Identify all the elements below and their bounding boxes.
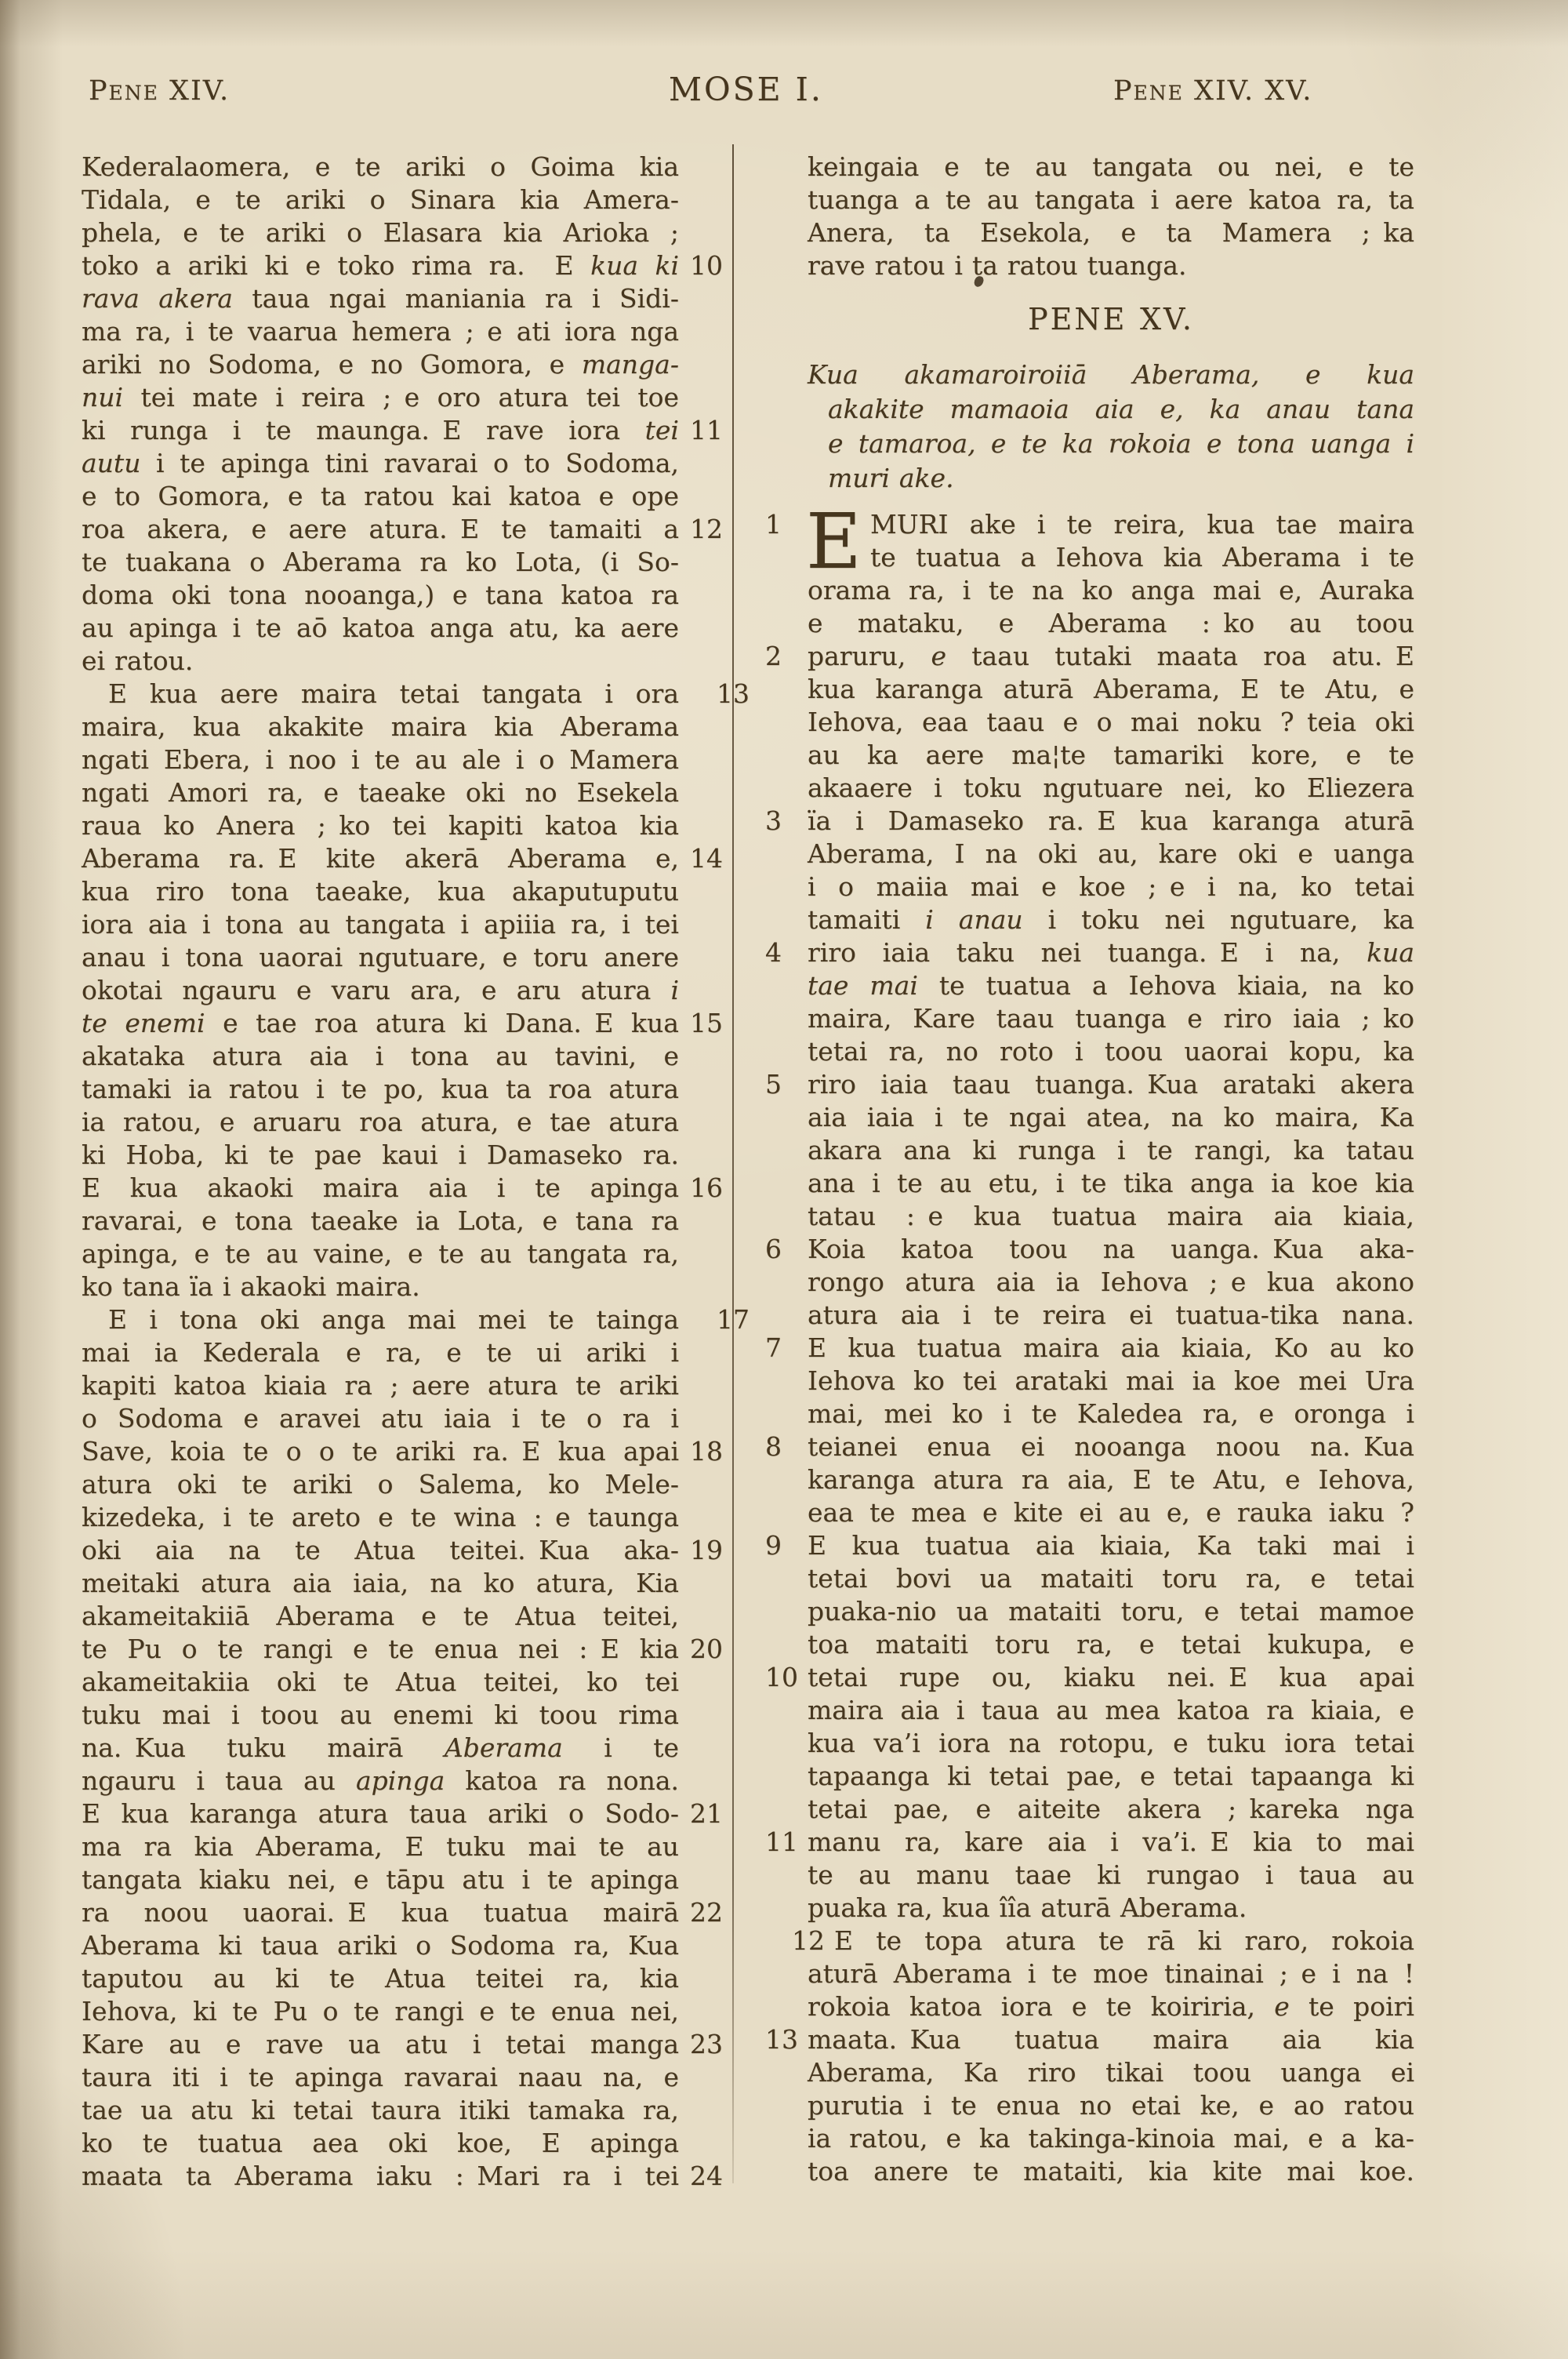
text-line: tapaanga ki tetai pae, e tetai tapaanga … — [808, 1760, 1414, 1793]
text-line-content: akara ana ki runga i te rangi, ka tatau — [808, 1135, 1414, 1165]
text-line-content: Kare au e rave ua atu i tetai manga — [82, 2029, 679, 2059]
text-line-content: orama ra, i te na ko anga mai e, Auraka — [808, 575, 1414, 605]
verse-number: 19 — [690, 1534, 737, 1567]
text-line: paruru, e taau tutaki maata roa atu. E2 — [808, 640, 1414, 673]
text-line: ki runga i te maunga. E rave iora tei11 — [82, 414, 679, 447]
text-line-content: E kua karanga atura taua ariki o Sodo- — [82, 1798, 679, 1829]
text-line-content: aturā Aberama i te moe tinainai ; e i na… — [808, 1958, 1414, 1989]
text-line: akataka atura aia i tona au tavini, e — [82, 1040, 679, 1073]
text-line: ko tana ïa i akaoki maira. — [82, 1270, 679, 1303]
verse-number: 13 — [690, 678, 737, 711]
text-line: akameitakiia oki te Atua teitei, ko tei — [82, 1666, 679, 1699]
text-line: toko a ariki ki e toko rima ra. E kua ki… — [82, 249, 679, 282]
text-line: maira, Kare taau tuanga e riro iaia ; ko — [808, 1002, 1414, 1035]
text-line: te tuakana o Aberama ra ko Lota, (i So- — [82, 546, 679, 579]
text-line-content: toa anere te mataiti, kia kite mai koe. — [808, 2156, 1414, 2186]
book-page: Pene XIV. MOSE I. Pene XIV. XV. Kederala… — [0, 0, 1568, 2359]
text-line: roa akera, e aere atura. E te tamaiti a1… — [82, 513, 679, 546]
text-line-content: akataka atura aia i tona au tavini, e — [82, 1041, 679, 1071]
text-line-content: tamaiti i anau i toku nei ngutuare, ka — [808, 904, 1414, 935]
text-line-content: nui tei mate i reira ; e oro atura tei t… — [82, 382, 679, 413]
text-line: Aberama, Ka riro tikai toou uanga ei — [808, 2056, 1414, 2089]
text-line-content: riro iaia taau tuanga. Kua arataki akera — [808, 1069, 1414, 1100]
text-line-content: e to Gomora, e ta ratou kai katoa e ope — [82, 481, 679, 511]
text-line: E kua tuatua aia kiaia, Ka taki mai i9 — [808, 1529, 1414, 1562]
text-line: apinga, e te au vaine, e te au tangata r… — [82, 1238, 679, 1270]
verse-number: 18 — [690, 1435, 737, 1468]
text-line: rava akera taua ngai maniania ra i Sidi- — [82, 282, 679, 315]
verse-number: 20 — [690, 1633, 737, 1666]
text-line: rongo atura aia ia Iehova ; e kua akono — [808, 1266, 1414, 1299]
text-line: e mataku, e Aberama : ko au toou — [808, 607, 1414, 640]
verse-number: 10 — [690, 249, 737, 282]
text-line: mai ia Kederala e ra, e te ui ariki i — [82, 1336, 679, 1369]
text-line: puaka-nio ua mataiti toru, e tetai mamoe — [808, 1595, 1414, 1628]
text-line-content: Tidala, e te ariki o Sinara kia Amera- — [82, 184, 679, 215]
text-line: atura aia i te reira ei tuatua-tika nana… — [808, 1299, 1414, 1332]
text-line: Tidala, e te ariki o Sinara kia Amera- — [82, 184, 679, 216]
text-line-content: ma ra, i te vaarua hemera ; e ati iora n… — [82, 316, 679, 347]
verse-number: 24 — [690, 2160, 737, 2193]
text-line: akakite mamaoia aia e, ka anau tana — [808, 392, 1414, 427]
verse-number: 12 — [690, 513, 737, 546]
text-line-content: tuku mai i toou au enemi ki toou rima — [82, 1699, 679, 1730]
text-line: E kua karanga atura taua ariki o Sodo-21 — [82, 1797, 679, 1830]
text-line: tamaki ia ratou i te po, kua ta roa atur… — [82, 1073, 679, 1106]
text-line: i o maiia mai e koe ; e i na, ko tetai — [808, 871, 1414, 903]
text-line-content: Kua akamaroiroiiā Aberama, e kua — [808, 359, 1414, 390]
text-line: e tamaroa, e te ka rokoia e tona uanga i — [808, 427, 1414, 461]
text-line-content: karanga atura ra aia, E te Atu, e Iehova… — [808, 1464, 1414, 1495]
text-line: au ka aere ma¦te tamariki kore, e te — [808, 739, 1414, 772]
text-line-content: rokoia katoa iora e te koiriria, e te po… — [808, 1991, 1414, 2022]
text-line-content: kua riro tona taeake, kua akaputuputu — [82, 876, 679, 907]
text-line: taputou au ki te Atua teitei ra, kia — [82, 1962, 679, 1995]
text-line: E te topa atura te rā ki raro, rokoia12 — [808, 1925, 1414, 1957]
text-line-content: eaa te mea e kite ei au e, e rauka iaku … — [808, 1497, 1414, 1528]
verse-number: 16 — [690, 1172, 737, 1205]
verse-number: 15 — [690, 1007, 737, 1040]
text-line: ngati Amori ra, e taeake oki no Esekela — [82, 776, 679, 809]
text-line-content: akakite mamaoia aia e, ka anau tana — [828, 394, 1414, 424]
text-line: na. Kua tuku mairā Aberama i te — [82, 1732, 679, 1765]
chapter-heading: PENE XV. — [808, 301, 1414, 337]
text-line-content: Save, koia te o o te ariki ra. E kua apa… — [82, 1436, 679, 1467]
verse-number: 10 — [765, 1661, 812, 1694]
verse-number: 7 — [765, 1332, 812, 1365]
text-line-content: taura iti i te apinga ravarai naau na, e — [82, 2062, 679, 2092]
text-line-content: teianei enua ei nooanga noou na. Kua — [808, 1431, 1414, 1462]
text-line: Aberama ki taua ariki o Sodoma ra, Kua — [82, 1929, 679, 1962]
verse-number: 6 — [765, 1233, 812, 1266]
text-line-content: MURI ake i te reira, kua tae maira — [870, 509, 1414, 540]
text-line: purutia i te enua no etai ke, e ao ratou — [808, 2089, 1414, 2122]
text-line: E i tona oki anga mai mei te tainga17 — [82, 1303, 679, 1336]
text-line-content: te au manu taae ki rungao i taua au — [808, 1859, 1414, 1890]
text-line: maata. Kua tuatua maira aia kia13 — [808, 2023, 1414, 2056]
text-line-content: Anera, ta Esekola, e ta Mamera ; ka — [808, 217, 1414, 248]
text-line-content: apinga, e te au vaine, e te au tangata r… — [82, 1238, 679, 1269]
text-line-content: maira aia i taua au mea katoa ra kiaia, … — [808, 1695, 1414, 1725]
text-line-content: tamaki ia ratou i te po, kua ta roa atur… — [82, 1074, 679, 1104]
text-line-content: doma oki tona nooanga,) e tana katoa ra — [82, 580, 679, 610]
text-line-content: kizedeka, i te areto e te wina : e taung… — [82, 1502, 679, 1532]
verse-number: 21 — [690, 1797, 737, 1830]
text-line: tae ua atu ki tetai taura itiki tamaka r… — [82, 2094, 679, 2127]
text-line-content: rongo atura aia ia Iehova ; e kua akono — [808, 1267, 1414, 1297]
verse-number: 8 — [765, 1430, 812, 1463]
text-line: Kare au e rave ua atu i tetai manga23 — [82, 2028, 679, 2061]
text-line: eaa te mea e kite ei au e, e rauka iaku … — [808, 1496, 1414, 1529]
text-line: Aberama ra. E kite akerā Aberama e,14 — [82, 842, 679, 875]
text-line: kua riro tona taeake, kua akaputuputu — [82, 875, 679, 908]
text-line: te au manu taae ki rungao i taua au — [808, 1859, 1414, 1892]
text-line-content: Iehova ko tei arataki mai ia koe mei Ura — [808, 1365, 1414, 1396]
text-line: Aberama, I na oki au, kare oki e uanga — [808, 838, 1414, 871]
text-line: doma oki tona nooanga,) e tana katoa ra — [82, 579, 679, 612]
text-line: E kua tuatua maira aia kiaia, Ko au ko7 — [808, 1332, 1414, 1365]
text-line-content: tetai pae, e aiteite akera ; kareka nga — [808, 1794, 1414, 1824]
text-line-content: tae ua atu ki tetai taura itiki tamaka r… — [82, 2095, 679, 2125]
text-line: anau i tona uaorai ngutuare, e toru aner… — [82, 941, 679, 974]
text-line: ra noou uaorai. E kua tuatua mairā22 — [82, 1896, 679, 1929]
text-line: autu i te apinga tini ravarai o to Sodom… — [82, 447, 679, 480]
running-head-center: MOSE I. — [669, 71, 823, 108]
text-line: raua ko Anera ; ko tei kapiti katoa kia — [82, 809, 679, 842]
text-line: o Sodoma e aravei atu iaia i te o ra i — [82, 1402, 679, 1435]
text-line: ariki no Sodoma, e no Gomora, e manga- — [82, 348, 679, 381]
text-line: muri ake. — [808, 461, 1414, 496]
drop-cap-letter: E — [806, 510, 862, 574]
text-line-content: puaka-nio ua mataiti toru, e tetai mamoe — [808, 1596, 1414, 1627]
text-line-content: oki aia na te Atua teitei. Kua aka- — [82, 1535, 679, 1565]
text-line-content: E i tona oki anga mai mei te tainga — [108, 1304, 679, 1335]
verse-number: 11 — [690, 414, 737, 447]
left-text-column: Kederalaomera, e te ariki o Goima kiaTid… — [82, 151, 679, 2193]
text-line-content: te tuakana o Aberama ra ko Lota, (i So- — [82, 547, 679, 577]
text-line-content: e tamaroa, e te ka rokoia e tona uanga i — [828, 428, 1414, 459]
text-line-content: anau i tona uaorai ngutuare, e toru aner… — [82, 942, 679, 972]
text-line: Save, koia te o o te ariki ra. E kua apa… — [82, 1435, 679, 1468]
text-line-content: na. Kua tuku mairā Aberama i te — [82, 1732, 679, 1763]
text-line-content: okotai ngauru e varu ara, e aru atura i — [82, 975, 679, 1005]
text-line-content: ia ratou, e aruaru roa atura, e tae atur… — [82, 1107, 679, 1137]
text-line: Iehova, eaa taau e o mai noku ? teia oki — [808, 706, 1414, 739]
text-line-content: tetai rupe ou, kiaku nei. E kua apai — [808, 1662, 1414, 1692]
text-line: tetai pae, e aiteite akera ; kareka nga — [808, 1793, 1414, 1826]
text-line: ïa i Damaseko ra. E kua karanga aturā3 — [808, 805, 1414, 838]
text-line-content: Iehova, ki te Pu o te rangi e te enua ne… — [82, 1996, 679, 2026]
text-line: taura iti i te apinga ravarai naau na, e — [82, 2061, 679, 2094]
text-line: au apinga i te aō katoa anga atu, ka aer… — [82, 612, 679, 645]
text-line: maira, kua akakite maira kia Aberama — [82, 711, 679, 743]
text-line-content: akameitakiiā Aberama e te Atua teitei, — [82, 1601, 679, 1631]
text-line-content: te tuatua a Iehova kia Aberama i te — [870, 542, 1414, 572]
text-line: iora aia i tona au tangata i apiiia ra, … — [82, 908, 679, 941]
text-line: E kua aere maira tetai tangata i ora13 — [82, 678, 679, 711]
text-line: ma ra, i te vaarua hemera ; e ati iora n… — [82, 315, 679, 348]
running-head-left: Pene XIV. — [89, 75, 230, 107]
text-line-content: kapiti katoa kiaia ra ; aere atura te ar… — [82, 1370, 679, 1401]
text-line: manu ra, kare aia i va’i. E kia to mai11 — [808, 1826, 1414, 1859]
text-line: ia ratou, e ka takinga-kinoia mai, e a k… — [808, 2122, 1414, 2155]
text-line-content: maata. Kua tuatua maira aia kia — [808, 2024, 1414, 2055]
text-line: phela, e te ariki o Elasara kia Arioka ; — [82, 216, 679, 249]
text-line-content: tapaanga ki tetai pae, e tetai tapaanga … — [808, 1761, 1414, 1791]
verse-number: 1 — [765, 508, 812, 541]
text-line: ngauru i taua au apinga katoa ra nona. — [82, 1765, 679, 1797]
text-line-content: ravarai, e tona taeake ia Lota, e tana r… — [82, 1205, 679, 1236]
text-line-content: taputou au ki te Atua teitei ra, kia — [82, 1963, 679, 1994]
text-line-content: E kua akaoki maira aia i te apinga — [82, 1172, 679, 1203]
text-line-content: tuanga a te au tangata i aere katoa ra, … — [808, 184, 1414, 215]
text-line-content: ki Hoba, ki te pae kaui i Damaseko ra. — [82, 1140, 679, 1170]
text-line-content: ngauru i taua au apinga katoa ra nona. — [82, 1765, 679, 1796]
text-line: tamaiti i anau i toku nei ngutuare, ka — [808, 903, 1414, 936]
text-line-content: atura aia i te reira ei tuatua-tika nana… — [808, 1299, 1414, 1330]
text-line-content: toa mataiti toru ra, e tetai kukupa, e — [808, 1629, 1414, 1659]
text-line: akara ana ki runga i te rangi, ka tatau — [808, 1134, 1414, 1167]
text-line: orama ra, i te na ko anga mai e, Auraka — [808, 574, 1414, 607]
text-line-content: ki runga i te maunga. E rave iora tei — [82, 415, 679, 445]
text-line: e to Gomora, e ta ratou kai katoa e ope — [82, 480, 679, 513]
verse-number: 4 — [765, 936, 812, 969]
text-line: Koia katoa toou na uanga. Kua aka-6 — [808, 1233, 1414, 1266]
text-line-content: ariki no Sodoma, e no Gomora, e manga- — [82, 349, 679, 380]
text-line: karanga atura ra aia, E te Atu, e Iehova… — [808, 1463, 1414, 1496]
text-line: Anera, ta Esekola, e ta Mamera ; ka — [808, 216, 1414, 249]
text-line-content: maira, Kare taau tuanga e riro iaia ; ko — [808, 1003, 1414, 1034]
text-line: te Pu o te rangi e te enua nei : E kia20 — [82, 1633, 679, 1666]
text-line-content: ia ratou, e ka takinga-kinoia mai, e a k… — [808, 2123, 1414, 2154]
verse-number: 13 — [765, 2023, 812, 2056]
text-line: ki Hoba, ki te pae kaui i Damaseko ra. — [82, 1139, 679, 1172]
text-line: kua karanga aturā Aberama, E te Atu, e — [808, 673, 1414, 706]
text-line: tetai bovi ua mataiti toru ra, e tetai — [808, 1562, 1414, 1595]
text-line: Kua akamaroiroiiā Aberama, e kua — [808, 358, 1414, 392]
text-line-content: purutia i te enua no etai ke, e ao ratou — [808, 2090, 1414, 2121]
text-line-content: kua karanga aturā Aberama, E te Atu, e — [808, 674, 1414, 704]
text-line: kizedeka, i te areto e te wina : e taung… — [82, 1501, 679, 1534]
text-line-content: ngati Amori ra, e taeake oki no Esekela — [82, 777, 679, 808]
text-line: puaka ra, kua îîa aturā Aberama. — [808, 1892, 1414, 1925]
text-line-content: ei ratou. — [82, 645, 193, 676]
text-line: te tuatua a Iehova kia Aberama i te — [870, 541, 1414, 574]
text-line-content: aia iaia i te ngai atea, na ko maira, Ka — [808, 1102, 1414, 1132]
text-line: riro iaia taau tuanga. Kua arataki akera… — [808, 1068, 1414, 1101]
text-line-content: Iehova, eaa taau e o mai noku ? teia oki — [808, 707, 1414, 737]
verse-number: 12 — [765, 1925, 812, 1957]
text-line-content: au ka aere ma¦te tamariki kore, e te — [808, 740, 1414, 770]
text-line: tatau : e kua tuatua maira aia kiaia, — [808, 1200, 1414, 1233]
column-divider-rule — [732, 144, 734, 2183]
text-line: toa anere te mataiti, kia kite mai koe. — [808, 2155, 1414, 2188]
verse-number: 17 — [690, 1303, 737, 1336]
text-line-content: Kederalaomera, e te ariki o Goima kia — [82, 151, 679, 182]
text-line: tuku mai i toou au enemi ki toou rima — [82, 1699, 679, 1732]
text-line-content: Aberama ra. E kite akerā Aberama e, — [82, 843, 679, 874]
verse-number: 23 — [690, 2028, 737, 2061]
text-line-content: rava akera taua ngai maniania ra i Sidi- — [82, 283, 679, 314]
text-line-content: puaka ra, kua îîa aturā Aberama. — [808, 1892, 1247, 1923]
text-line: akaaere i toku ngutuare nei, ko Eliezera — [808, 772, 1414, 805]
text-line-content: ma ra kia Aberama, E tuku mai te au — [82, 1831, 679, 1862]
text-line-content: Aberama ki taua ariki o Sodoma ra, Kua — [82, 1930, 679, 1961]
text-line: kua va’i iora na rotopu, e tuku iora tet… — [808, 1727, 1414, 1760]
chapter-summary: Kua akamaroiroiiā Aberama, e kuaakakite … — [808, 358, 1414, 496]
text-line-content: mai ia Kederala e ra, e te ui ariki i — [82, 1337, 679, 1368]
text-line: tetai ra, no roto i toou uaorai kopu, ka — [808, 1035, 1414, 1068]
text-line-content: akaaere i toku ngutuare nei, ko Eliezera — [808, 772, 1414, 803]
text-line: tangata kiaku nei, e tāpu atu i te aping… — [82, 1863, 679, 1896]
verse-number: 3 — [765, 805, 812, 838]
text-line-content: iora aia i tona au tangata i apiiia ra, … — [82, 909, 679, 940]
text-line: te enemi e tae roa atura ki Dana. E kua1… — [82, 1007, 679, 1040]
right-text-column: keingaia e te au tangata ou nei, e tetua… — [808, 151, 1414, 2188]
text-line-content: kua va’i iora na rotopu, e tuku iora tet… — [808, 1728, 1414, 1758]
text-line: rave ratou i ta ratou tuanga. — [808, 249, 1414, 282]
text-line: ko te tuatua aea oki koe, E apinga — [82, 2127, 679, 2160]
text-line-content: muri ake. — [828, 463, 954, 493]
text-line: E kua akaoki maira aia i te apinga16 — [82, 1172, 679, 1205]
text-line: tuanga a te au tangata i aere katoa ra, … — [808, 184, 1414, 216]
text-line-content: i o maiia mai e koe ; e i na, ko tetai — [808, 871, 1414, 902]
text-line: Iehova, ki te Pu o te rangi e te enua ne… — [82, 1995, 679, 2028]
text-line-content: E te topa atura te rā ki raro, rokoia — [834, 1925, 1414, 1956]
text-line-content: ana i te au etu, i te tika anga ia koe k… — [808, 1168, 1414, 1198]
text-line-content: ra noou uaorai. E kua tuatua mairā — [82, 1897, 679, 1928]
running-head-right: Pene XIV. XV. — [1113, 75, 1312, 107]
text-line: meitaki atura aia iaia, na ko atura, Kia — [82, 1567, 679, 1600]
text-line: akameitakiiā Aberama e te Atua teitei, — [82, 1600, 679, 1633]
text-line-content: tae mai te tuatua a Iehova kiaia, na ko — [808, 970, 1414, 1001]
text-line-content: riro iaia taku nei tuanga. E i na, kua — [808, 937, 1414, 968]
text-line: MURI ake i te reira, kua tae maira — [870, 508, 1414, 541]
text-line-content: tetai ra, no roto i toou uaorai kopu, ka — [808, 1036, 1414, 1067]
text-line: ei ratou. — [82, 645, 679, 678]
text-line-content: tatau : e kua tuatua maira aia kiaia, — [808, 1201, 1414, 1231]
text-line-content: toko a ariki ki e toko rima ra. E kua ki — [82, 250, 679, 281]
text-line: okotai ngauru e varu ara, e aru atura i — [82, 974, 679, 1007]
text-line: maira aia i taua au mea katoa ra kiaia, … — [808, 1694, 1414, 1727]
verse-number: 11 — [765, 1826, 812, 1859]
text-line-content: Koia katoa toou na uanga. Kua aka- — [808, 1234, 1414, 1264]
text-line-content: ko tana ïa i akaoki maira. — [82, 1271, 420, 1302]
text-line-content: te Pu o te rangi e te enua nei : E kia — [82, 1634, 679, 1664]
text-line: Kederalaomera, e te ariki o Goima kia — [82, 151, 679, 184]
text-line-content: ïa i Damaseko ra. E kua karanga aturā — [808, 805, 1414, 836]
text-line-content: E kua tuatua maira aia kiaia, Ko au ko — [808, 1332, 1414, 1363]
text-line-content: Aberama, Ka riro tikai toou uanga ei — [808, 2057, 1414, 2088]
text-line: nui tei mate i reira ; e oro atura tei t… — [82, 381, 679, 414]
verse-number: 14 — [690, 842, 737, 875]
text-line: oki aia na te Atua teitei. Kua aka-19 — [82, 1534, 679, 1567]
text-line: ana i te au etu, i te tika anga ia koe k… — [808, 1167, 1414, 1200]
verse-number: 9 — [765, 1529, 812, 1562]
text-line-content: au apinga i te aō katoa anga atu, ka aer… — [82, 612, 679, 643]
text-line: aturā Aberama i te moe tinainai ; e i na… — [808, 1957, 1414, 1990]
verse-1-dropcap-block: E1MURI ake i te reira, kua tae mairate t… — [808, 508, 1414, 574]
text-line: teianei enua ei nooanga noou na. Kua8 — [808, 1430, 1414, 1463]
text-line-content: atura oki te ariki o Salema, ko Mele- — [82, 1469, 679, 1499]
text-line-content: tetai bovi ua mataiti toru ra, e tetai — [808, 1563, 1414, 1594]
text-line: ngati Ebera, i noo i te au ale i o Mamer… — [82, 743, 679, 776]
text-line-content: rave ratou i ta ratou tuanga. — [808, 250, 1186, 281]
text-line: rokoia katoa iora e te koiriria, e te po… — [808, 1990, 1414, 2023]
text-line: ia ratou, e aruaru roa atura, e tae atur… — [82, 1106, 679, 1139]
text-line-content: Aberama, I na oki au, kare oki e uanga — [808, 838, 1414, 869]
text-line: toa mataiti toru ra, e tetai kukupa, e — [808, 1628, 1414, 1661]
text-line-content: mai, mei ko i te Kaledea ra, e oronga i — [808, 1398, 1414, 1429]
text-line-content: akameitakiia oki te Atua teitei, ko tei — [82, 1667, 679, 1697]
text-line: maata ta Aberama iaku : Mari ra i tei24 — [82, 2160, 679, 2193]
text-line: keingaia e te au tangata ou nei, e te — [808, 151, 1414, 184]
verse-number: 22 — [690, 1896, 737, 1929]
text-line-content: maata ta Aberama iaku : Mari ra i tei — [82, 2161, 679, 2191]
text-line: ma ra kia Aberama, E tuku mai te au — [82, 1830, 679, 1863]
text-line-content: maira, kua akakite maira kia Aberama — [82, 711, 679, 742]
text-line-content: autu i te apinga tini ravarai o to Sodom… — [82, 448, 679, 478]
text-line: aia iaia i te ngai atea, na ko maira, Ka — [808, 1101, 1414, 1134]
verse-number: 2 — [765, 640, 812, 673]
verse-number: 5 — [765, 1068, 812, 1101]
text-line: riro iaia taku nei tuanga. E i na, kua4 — [808, 936, 1414, 969]
text-line-content: o Sodoma e aravei atu iaia i te o ra i — [82, 1403, 679, 1434]
text-line-content: raua ko Anera ; ko tei kapiti katoa kia — [82, 810, 679, 841]
text-line: mai, mei ko i te Kaledea ra, e oronga i — [808, 1398, 1414, 1430]
text-line-content: ngati Ebera, i noo i te au ale i o Mamer… — [82, 744, 679, 775]
text-line-content: E kua aere maira tetai tangata i ora — [108, 678, 679, 709]
text-line-content: phela, e te ariki o Elasara kia Arioka ; — [82, 217, 679, 248]
text-line: ravarai, e tona taeake ia Lota, e tana r… — [82, 1205, 679, 1238]
text-line-content: meitaki atura aia iaia, na ko atura, Kia — [82, 1568, 679, 1598]
text-line-content: tangata kiaku nei, e tāpu atu i te aping… — [82, 1864, 679, 1895]
text-line: tetai rupe ou, kiaku nei. E kua apai10 — [808, 1661, 1414, 1694]
text-line-content: ko te tuatua aea oki koe, E apinga — [82, 2128, 679, 2158]
text-line-content: keingaia e te au tangata ou nei, e te — [808, 151, 1414, 182]
text-line-content: E kua tuatua aia kiaia, Ka taki mai i — [808, 1530, 1414, 1561]
text-line: atura oki te ariki o Salema, ko Mele- — [82, 1468, 679, 1501]
text-line-content: te enemi e tae roa atura ki Dana. E kua — [82, 1008, 679, 1038]
text-line-content: roa akera, e aere atura. E te tamaiti a — [82, 514, 679, 544]
text-line-content: manu ra, kare aia i va’i. E kia to mai — [808, 1826, 1414, 1857]
text-line: tae mai te tuatua a Iehova kiaia, na ko — [808, 969, 1414, 1002]
text-line: kapiti katoa kiaia ra ; aere atura te ar… — [82, 1369, 679, 1402]
text-line: Iehova ko tei arataki mai ia koe mei Ura — [808, 1365, 1414, 1398]
text-line-content: e mataku, e Aberama : ko au toou — [808, 608, 1414, 638]
text-line-content: paruru, e taau tutaki maata roa atu. E — [808, 641, 1414, 671]
